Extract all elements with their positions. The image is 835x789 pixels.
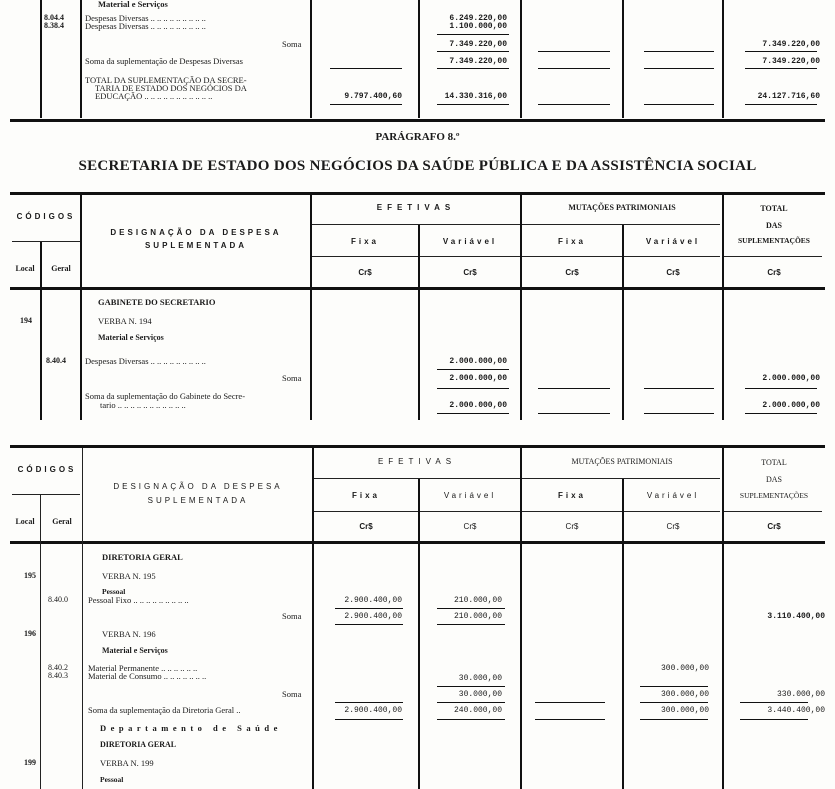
header-designacao: SUPLEMENTADA	[82, 241, 310, 250]
section-heading: GABINETE DO SECRETARIO	[98, 298, 215, 307]
group-label: Material e Serviços	[102, 647, 168, 655]
currency: Cr$	[724, 268, 824, 277]
header-fixa: Fixa	[312, 237, 418, 246]
header-mutacoes: MUTAÇÕES PATRIMONIAIS	[522, 203, 722, 212]
total-label: EDUCAÇÃO .. .. .. .. .. .. .. .. .. .. .…	[95, 92, 212, 101]
code-geral: 8.40.0	[48, 596, 68, 604]
verba-label: VERBA N. 199	[100, 759, 154, 768]
header-variavel: Variável	[420, 237, 520, 246]
value: 30.000,00	[459, 674, 502, 683]
code-geral: 8.38.4	[44, 22, 64, 30]
soma-label: Soma	[282, 690, 301, 699]
group-label: Material e Serviços	[98, 334, 164, 342]
header-geral: Geral	[42, 517, 82, 526]
section-heading: DIRETORIA GERAL	[102, 553, 183, 562]
value: 9.797.400,60	[344, 92, 402, 101]
header-total: SUPLEMENTAÇÕES	[724, 491, 824, 500]
suplementacao-label: Soma da suplementação de Despesas Divers…	[85, 57, 243, 66]
section-heading: DIRETORIA GERAL	[100, 741, 176, 749]
value: 2.000.000,00	[762, 374, 820, 383]
header-variavel: Variável	[420, 491, 520, 500]
currency: Cr$	[522, 268, 622, 277]
code-local: 196	[24, 630, 36, 638]
verba-label: VERBA N. 195	[102, 572, 156, 581]
header-designacao: DESIGNAÇÃO DA DESPESA	[84, 482, 312, 491]
value: 30.000,00	[459, 690, 502, 699]
value: 24.127.716,60	[758, 92, 820, 101]
value: 14.330.316,00	[445, 92, 507, 101]
code-local: 199	[24, 759, 36, 767]
currency: Cr$	[624, 268, 722, 277]
header-variavel: Variável	[624, 237, 722, 246]
value: 3.440.400,00	[767, 706, 825, 715]
value: 300.000,00	[661, 664, 709, 673]
value: 330.000,00	[777, 690, 825, 699]
verba-label: VERBA N. 194	[98, 317, 152, 326]
group-label: Pessoal	[100, 776, 123, 784]
header-efetivas: EFETIVAS	[314, 457, 520, 466]
currency: Cr$	[624, 522, 722, 531]
header-total: TOTAL	[724, 458, 824, 467]
header-local: Local	[10, 264, 40, 273]
header-total: SUPLEMENTAÇÕES	[724, 236, 824, 245]
header-fixa: Fixa	[314, 491, 418, 500]
value: 3.110.400,00	[767, 612, 825, 621]
value: 2.900.400,00	[344, 706, 402, 715]
header-variavel: Variável	[624, 491, 722, 500]
header-fixa: Fixa	[522, 237, 622, 246]
soma-label: Soma	[282, 612, 301, 621]
header-geral: Geral	[42, 264, 80, 273]
department-heading: Departamento de Saúde	[100, 724, 282, 733]
currency: Cr$	[522, 522, 622, 531]
value: 7.349.220,00	[449, 40, 507, 49]
header-local: Local	[10, 517, 40, 526]
secretaria-title: SECRETARIA DE ESTADO DOS NEGÓCIOS DA SAÚ…	[0, 158, 835, 175]
header-total: DAS	[724, 475, 824, 484]
row-label: Pessoal Fixo .. .. .. .. .. .. .. .. ..	[88, 596, 189, 605]
header-codigos: CÓDIGOS	[12, 465, 82, 474]
value: 2.000.000,00	[449, 374, 507, 383]
value: 7.349.220,00	[762, 40, 820, 49]
code-geral: 8.40.3	[48, 672, 68, 680]
currency: Cr$	[314, 522, 418, 531]
row-label: Despesas Diversas .. .. .. .. .. .. .. .…	[85, 357, 206, 366]
soma-label: Soma	[282, 40, 301, 49]
header-fixa: Fixa	[522, 491, 622, 500]
value: 7.349.220,00	[762, 57, 820, 66]
group-label: Material e Serviços	[98, 0, 168, 9]
header-codigos: CÓDIGOS	[12, 212, 80, 221]
value: 2.900.400,00	[344, 596, 402, 605]
header-designacao: DESIGNAÇÃO DA DESPESA	[82, 228, 310, 237]
row-label: Despesas Diversas .. .. .. .. .. .. .. .…	[85, 22, 206, 31]
currency: Cr$	[420, 522, 520, 531]
suplementacao-label: Soma da suplementação da Diretoria Geral…	[88, 706, 240, 715]
value: 1.100.000,00	[449, 22, 507, 31]
value: 7.349.220,00	[449, 57, 507, 66]
code-local: 195	[24, 572, 36, 580]
suplementacao-label: tario .. .. .. .. .. .. .. .. .. .. ..	[100, 401, 186, 410]
value: 2.000.000,00	[449, 401, 507, 410]
value: 240.000,00	[454, 706, 502, 715]
paragraph-heading: PARÁGRAFO 8.º	[0, 131, 835, 143]
row-label: Material de Consumo .. .. .. .. .. .. ..	[88, 672, 206, 681]
value: 2.900.400,00	[344, 612, 402, 621]
value: 300.000,00	[661, 706, 709, 715]
currency: Cr$	[312, 268, 418, 277]
currency: Cr$	[724, 522, 824, 531]
header-total: TOTAL	[724, 204, 824, 213]
header-efetivas: EFETIVAS	[312, 203, 520, 212]
header-total: DAS	[724, 221, 824, 230]
value: 210.000,00	[454, 612, 502, 621]
value: 210.000,00	[454, 596, 502, 605]
value: 2.000.000,00	[762, 401, 820, 410]
soma-label: Soma	[282, 374, 301, 383]
verba-label: VERBA N. 196	[102, 630, 156, 639]
code-local: 194	[20, 317, 32, 325]
currency: Cr$	[420, 268, 520, 277]
header-designacao: SUPLEMENTADA	[84, 496, 312, 505]
code-geral: 8.40.4	[46, 357, 66, 365]
header-mutacoes: MUTAÇÕES PATRIMONIAIS	[522, 457, 722, 466]
value: 2.000.000,00	[449, 357, 507, 366]
value: 300.000,00	[661, 690, 709, 699]
